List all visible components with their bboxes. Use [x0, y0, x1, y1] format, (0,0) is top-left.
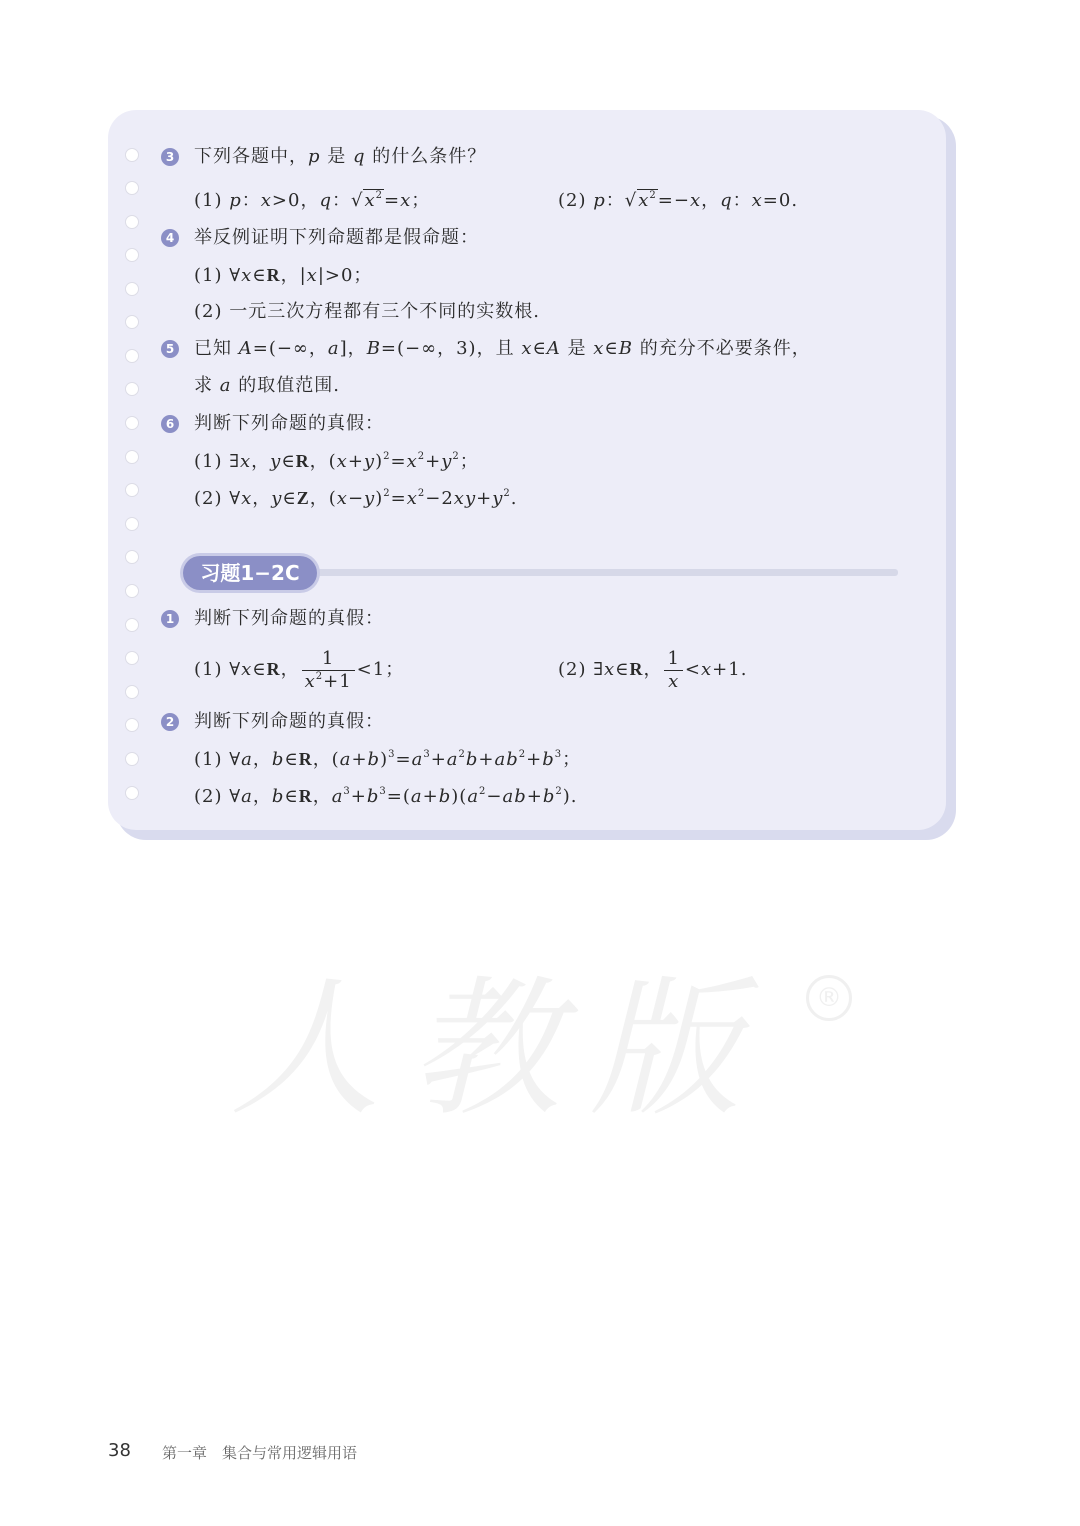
page-number: 38: [108, 1440, 131, 1461]
binder-hole: [125, 181, 139, 195]
problem-c1-stem: 判断下列命题的真假：: [194, 607, 384, 631]
problem-6-part-1: (1) ∃x，y∈R，(x+y)2=x2+y2；: [194, 449, 479, 474]
problem-3-part-1: (1) p：x>0，q：√x2=x；: [194, 189, 430, 213]
problem-c2-part-1: (1) ∀a，b∈R，(a+b)3=a3+a2b+ab2+b3；: [194, 747, 581, 772]
binder-hole: [125, 382, 139, 396]
binder-hole: [125, 282, 139, 296]
binder-hole: [125, 618, 139, 632]
binder-hole: [125, 315, 139, 329]
problem-number-badge: 4: [161, 229, 179, 247]
section-divider: [310, 569, 898, 576]
problem-c2-part-2: (2) ∀a，b∈R，a3+b3=(a+b)(a2−ab+b2).: [194, 784, 578, 809]
chapter-title: 第一章 集合与常用逻辑用语: [162, 1442, 357, 1463]
problem-c1-part-1: (1) ∀x∈R，1x2+1<1；: [194, 646, 404, 693]
problem-6-part-2: (2) ∀x，y∈Z，(x−y)2=x2−2xy+y2.: [194, 486, 518, 511]
section-title: 习题1−2C: [183, 556, 317, 590]
problem-c2-stem: 判断下列命题的真假：: [194, 710, 384, 734]
binder-hole: [125, 550, 139, 564]
binder-hole: [125, 517, 139, 531]
publisher-watermark: 人教版: [230, 960, 870, 1140]
problem-6-stem: 判断下列命题的真假：: [194, 412, 384, 436]
registered-mark-icon: ®: [806, 975, 852, 1021]
binder-hole: [125, 416, 139, 430]
binder-hole: [125, 450, 139, 464]
binder-hole: [125, 349, 139, 363]
problem-number-badge: 6: [161, 415, 179, 433]
binder-hole: [125, 786, 139, 800]
problem-4-stem: 举反例证明下列命题都是假命题：: [194, 226, 479, 250]
binder-hole: [125, 685, 139, 699]
problem-3-part-2: (2) p：√x2=−x，q：x=0.: [558, 189, 798, 213]
problem-4-part-2: (2) 一元三次方程都有三个不同的实数根.: [194, 300, 540, 324]
binder-hole: [125, 215, 139, 229]
problem-number-badge: 2: [161, 713, 179, 731]
problem-3-stem: 下列各题中，p 是 q 的什么条件？: [194, 145, 486, 169]
problem-number-badge: 1: [161, 610, 179, 628]
binder-hole: [125, 248, 139, 262]
problem-5-stem: 已知 A=(−∞，a]，B=(−∞，3)，且 x∈A 是 x∈B 的充分不必要条…: [194, 337, 811, 361]
binder-hole: [125, 148, 139, 162]
binder-hole: [125, 752, 139, 766]
problem-4-part-1: (1) ∀x∈R，|x|>0；: [194, 263, 372, 288]
problem-c1-part-2: (2) ∃x∈R，1x<x+1.: [558, 646, 747, 693]
binder-hole: [125, 584, 139, 598]
problem-number-badge: 5: [161, 340, 179, 358]
problem-5-stem-cont: 求 a 的取值范围.: [194, 374, 340, 398]
binder-hole: [125, 483, 139, 497]
problem-number-badge: 3: [161, 148, 179, 166]
binder-hole: [125, 718, 139, 732]
binder-hole: [125, 651, 139, 665]
